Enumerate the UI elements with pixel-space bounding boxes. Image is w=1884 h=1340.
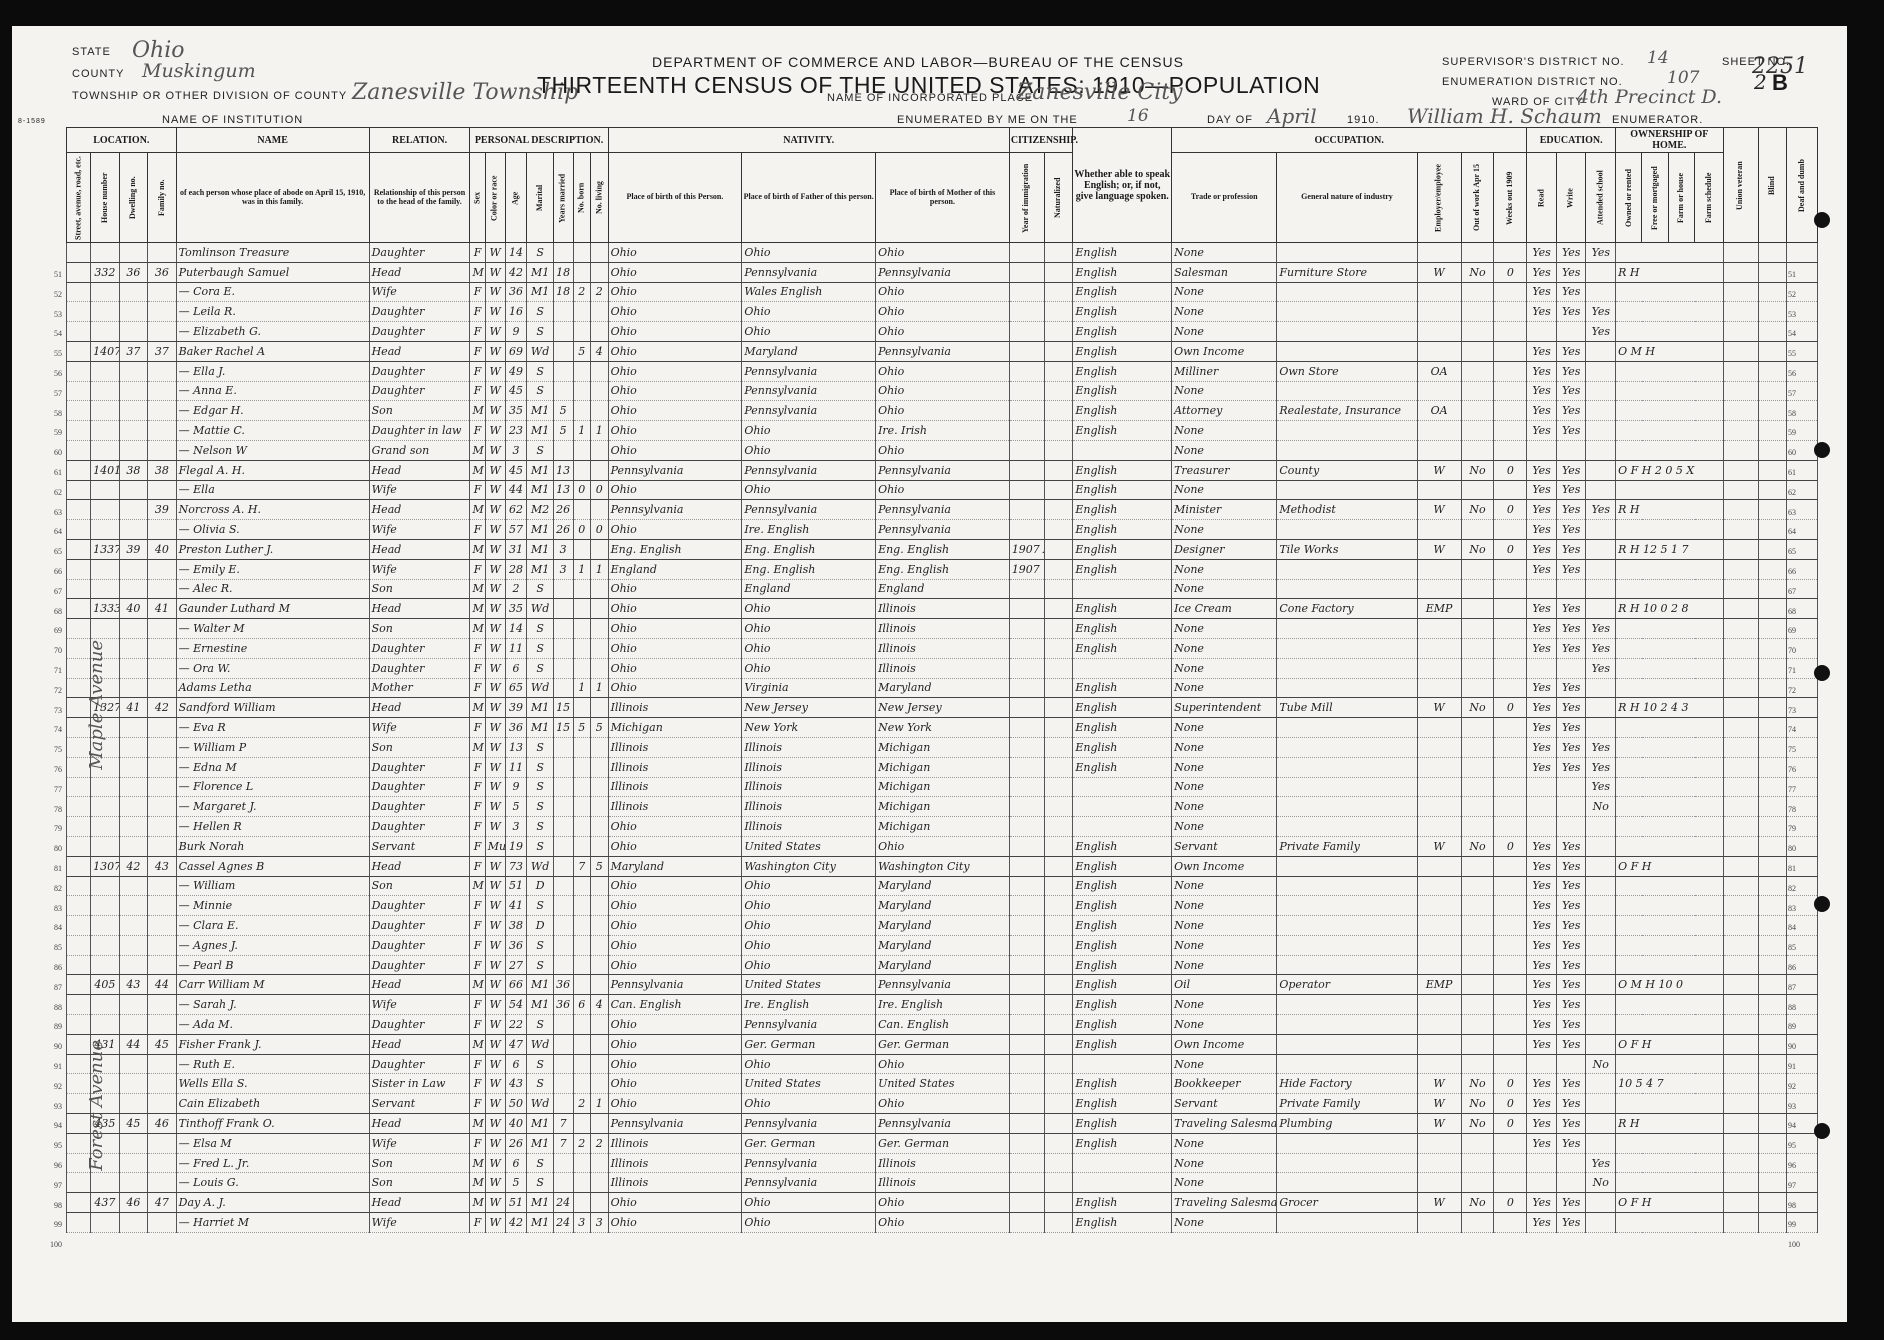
- cell-street: [67, 302, 91, 322]
- cell-out-of-work: No: [1461, 460, 1494, 480]
- cell-attended-school: No: [1586, 1054, 1616, 1074]
- cell-trade: Superintendent: [1172, 698, 1277, 718]
- col-sex: Sex: [470, 153, 485, 243]
- cell-employer-status: W: [1417, 460, 1461, 480]
- cell-blind: [1723, 619, 1758, 639]
- line-number: 88: [42, 1003, 62, 1012]
- cell-father-birthplace: Pennsylvania: [742, 1114, 876, 1134]
- cell-mother-birthplace: United States: [876, 1074, 1010, 1094]
- cell-marital-status: S: [527, 737, 553, 757]
- cell-years-married: 36: [553, 995, 573, 1015]
- cell-naturalized: [1044, 975, 1073, 995]
- cell-relation: Wife: [369, 1133, 470, 1153]
- cell-house-number: [91, 480, 120, 500]
- cell-mother-birthplace: Ohio: [876, 243, 1010, 263]
- cell-sex: F: [470, 282, 485, 302]
- cell-age: 19: [505, 836, 527, 856]
- cell-can-read: Yes: [1527, 876, 1557, 896]
- cell-employer-status: [1417, 440, 1461, 460]
- cell-children-born: [573, 243, 591, 263]
- cell-children-living: 1: [591, 421, 609, 441]
- cell-home-ownership: [1616, 797, 1723, 817]
- table-row: Wells Ella S.Sister in LawFW43SOhioUnite…: [67, 1074, 1818, 1094]
- cell-naturalized: [1044, 876, 1073, 896]
- cell-attended-school: Yes: [1586, 500, 1616, 520]
- line-number-right: 58: [1788, 409, 1808, 418]
- cell-can-read: Yes: [1527, 599, 1557, 619]
- cell-years-married: 24: [553, 1213, 573, 1233]
- cell-weeks-out: [1494, 757, 1527, 777]
- cell-sex: M: [470, 737, 485, 757]
- cell-relation: Head: [369, 599, 470, 619]
- cell-race: W: [485, 460, 505, 480]
- cell-naturalized: [1044, 1193, 1073, 1213]
- line-number: 67: [42, 587, 62, 596]
- cell-attended-school: [1586, 440, 1616, 460]
- cell-mother-birthplace: Michigan: [876, 817, 1010, 837]
- cell-employer-status: [1417, 658, 1461, 678]
- cell-naturalized: [1044, 896, 1073, 916]
- cell-industry: [1277, 480, 1417, 500]
- cell-immigration-year: [1009, 1015, 1044, 1035]
- cell-out-of-work: [1461, 916, 1494, 936]
- cell-dwelling-number: [119, 658, 148, 678]
- cell-can-write: [1556, 797, 1586, 817]
- cell-home-ownership: [1616, 737, 1723, 757]
- cell-weeks-out: [1494, 282, 1527, 302]
- cell-race: W: [485, 757, 505, 777]
- cell-can-write: Yes: [1556, 935, 1586, 955]
- cell-dwelling-number: [119, 559, 148, 579]
- cell-can-write: Yes: [1556, 401, 1586, 421]
- cell-street: [67, 1173, 91, 1193]
- cell-weeks-out: [1494, 777, 1527, 797]
- cell-years-married: 7: [553, 1133, 573, 1153]
- cell-years-married: [553, 1094, 573, 1114]
- cell-can-write: Yes: [1556, 955, 1586, 975]
- ownership-heading: OWNERSHIP OF HOME.: [1616, 128, 1723, 153]
- line-number-right: 60: [1788, 448, 1808, 457]
- cell-marital-status: S: [527, 836, 553, 856]
- cell-street: [67, 896, 91, 916]
- cell-immigration-year: [1009, 1213, 1044, 1233]
- cell-can-write: Yes: [1556, 480, 1586, 500]
- cell-mother-birthplace: Eng. English: [876, 539, 1010, 559]
- cell-out-of-work: No: [1461, 1094, 1494, 1114]
- cell-naturalized: [1044, 599, 1073, 619]
- cell-immigration-year: [1009, 520, 1044, 540]
- cell-person-name: — Clara E.: [176, 916, 369, 936]
- cell-children-living: [591, 777, 609, 797]
- cell-mother-birthplace: Ohio: [876, 401, 1010, 421]
- cell-can-write: Yes: [1556, 1015, 1586, 1035]
- cell-birthplace: Pennsylvania: [608, 460, 742, 480]
- cell-immigration-year: [1009, 341, 1044, 361]
- cell-children-born: [573, 1034, 591, 1054]
- cell-immigration-year: [1009, 935, 1044, 955]
- cell-deaf: [1758, 421, 1787, 441]
- cell-naturalized: [1044, 698, 1073, 718]
- cell-family-number: 38: [148, 460, 177, 480]
- cell-home-ownership: O M H 10 0: [1616, 975, 1723, 995]
- cell-language: [1073, 797, 1172, 817]
- cell-home-ownership: [1616, 401, 1723, 421]
- department-heading: DEPARTMENT OF COMMERCE AND LABOR—BUREAU …: [652, 54, 1184, 70]
- cell-employer-status: [1417, 896, 1461, 916]
- cell-blind: [1723, 1094, 1758, 1114]
- cell-children-living: [591, 381, 609, 401]
- col-out-of-work: Out of work Apr 15: [1461, 153, 1494, 243]
- cell-language: [1073, 658, 1172, 678]
- cell-dwelling-number: 44: [119, 1034, 148, 1054]
- cell-sex: M: [470, 1153, 485, 1173]
- line-number-right: 51: [1788, 270, 1808, 279]
- cell-home-ownership: [1616, 559, 1723, 579]
- cell-language: English: [1073, 1213, 1172, 1233]
- cell-trade: None: [1172, 381, 1277, 401]
- cell-blind: [1723, 777, 1758, 797]
- cell-trade: None: [1172, 896, 1277, 916]
- cell-person-name: Cassel Agnes B: [176, 856, 369, 876]
- cell-age: 39: [505, 698, 527, 718]
- table-row: Burk NorahServantFMu19SOhioUnited States…: [67, 836, 1818, 856]
- enumerated-label: Enumerated by me on the: [897, 114, 1078, 126]
- cell-immigration-year: [1009, 361, 1044, 381]
- col-relation-desc: Relationship of this person to the head …: [369, 153, 470, 243]
- cell-sex: F: [470, 341, 485, 361]
- cell-trade: Bookkeeper: [1172, 1074, 1277, 1094]
- cell-home-ownership: [1616, 935, 1723, 955]
- cell-children-living: [591, 619, 609, 639]
- line-number: 56: [42, 369, 62, 378]
- cell-trade: None: [1172, 1054, 1277, 1074]
- cell-immigration-year: [1009, 460, 1044, 480]
- table-row: 13274142Sandford WilliamHeadMW39M115Illi…: [67, 698, 1818, 718]
- day-of-label: day of: [1207, 114, 1253, 126]
- cell-industry: [1277, 302, 1417, 322]
- line-number-right: 57: [1788, 389, 1808, 398]
- cell-children-living: [591, 1153, 609, 1173]
- cell-blind: [1723, 460, 1758, 480]
- cell-marital-status: M1: [527, 460, 553, 480]
- cell-person-name: — Anna E.: [176, 381, 369, 401]
- cell-birthplace: Ohio: [608, 896, 742, 916]
- cell-can-read: Yes: [1527, 361, 1557, 381]
- cell-industry: [1277, 1015, 1417, 1035]
- county-value: Muskingum: [142, 60, 256, 82]
- cell-naturalized: [1044, 539, 1073, 559]
- cell-naturalized: [1044, 638, 1073, 658]
- col-naturalized: Naturalized: [1044, 153, 1073, 243]
- cell-immigration-year: [1009, 619, 1044, 639]
- relation-heading: RELATION.: [369, 128, 470, 153]
- cell-marital-status: M1: [527, 282, 553, 302]
- cell-children-born: 1: [573, 421, 591, 441]
- cell-naturalized: [1044, 797, 1073, 817]
- cell-weeks-out: 0: [1494, 1114, 1527, 1134]
- line-number: 96: [42, 1161, 62, 1170]
- cell-industry: [1277, 658, 1417, 678]
- cell-relation: Wife: [369, 995, 470, 1015]
- cell-age: 3: [505, 440, 527, 460]
- cell-deaf: [1758, 817, 1787, 837]
- cell-attended-school: [1586, 856, 1616, 876]
- cell-father-birthplace: Maryland: [742, 341, 876, 361]
- cell-can-write: Yes: [1556, 737, 1586, 757]
- cell-immigration-year: [1009, 777, 1044, 797]
- cell-mother-birthplace: Pennsylvania: [876, 500, 1010, 520]
- cell-relation: Head: [369, 856, 470, 876]
- table-row: — Florence LDaughterFW9SIllinoisIllinois…: [67, 777, 1818, 797]
- cell-home-ownership: [1616, 638, 1723, 658]
- line-number-right: 100: [1788, 1240, 1808, 1249]
- cell-mother-birthplace: Ire. Irish: [876, 421, 1010, 441]
- cell-blind: [1723, 1153, 1758, 1173]
- cell-marital-status: M1: [527, 1133, 553, 1153]
- cell-age: 27: [505, 955, 527, 975]
- cell-immigration-year: [1009, 282, 1044, 302]
- cell-can-write: Yes: [1556, 876, 1586, 896]
- cell-children-living: [591, 1193, 609, 1213]
- cell-can-write: Yes: [1556, 678, 1586, 698]
- cell-street: [67, 876, 91, 896]
- table-row: 4054344Carr William MHeadMW66M136Pennsyl…: [67, 975, 1818, 995]
- cell-person-name: Flegal A. H.: [176, 460, 369, 480]
- cell-industry: [1277, 1034, 1417, 1054]
- cell-immigration-year: [1009, 381, 1044, 401]
- cell-trade: None: [1172, 1173, 1277, 1193]
- cell-trade: None: [1172, 737, 1277, 757]
- cell-dwelling-number: [119, 817, 148, 837]
- cell-language: [1073, 440, 1172, 460]
- cell-mother-birthplace: Pennsylvania: [876, 975, 1010, 995]
- table-row: 14073737Baker Rachel AHeadFW69Wd54OhioMa…: [67, 341, 1818, 361]
- citizenship-heading: CITIZENSHIP.: [1009, 128, 1073, 153]
- cell-family-number: 46: [148, 1114, 177, 1134]
- cell-race: W: [485, 421, 505, 441]
- cell-industry: [1277, 282, 1417, 302]
- cell-industry: Private Family: [1277, 1094, 1417, 1114]
- cell-house-number: 1401: [91, 460, 120, 480]
- cell-age: 31: [505, 539, 527, 559]
- cell-can-read: Yes: [1527, 1213, 1557, 1233]
- cell-home-ownership: [1616, 1173, 1723, 1193]
- cell-years-married: [553, 1173, 573, 1193]
- cell-industry: [1277, 856, 1417, 876]
- cell-can-read: Yes: [1527, 619, 1557, 639]
- cell-naturalized: [1044, 579, 1073, 599]
- cell-race: W: [485, 797, 505, 817]
- cell-mother-birthplace: Ohio: [876, 282, 1010, 302]
- cell-weeks-out: 0: [1494, 539, 1527, 559]
- cell-street: [67, 856, 91, 876]
- cell-home-ownership: [1616, 1133, 1723, 1153]
- cell-deaf: [1758, 678, 1787, 698]
- cell-birthplace: England: [608, 559, 742, 579]
- cell-children-born: [573, 1015, 591, 1035]
- cell-relation: Daughter: [369, 1015, 470, 1035]
- cell-race: W: [485, 876, 505, 896]
- cell-children-born: [573, 916, 591, 936]
- line-number-right: 85: [1788, 943, 1808, 952]
- cell-dwelling-number: [119, 520, 148, 540]
- cell-mother-birthplace: Maryland: [876, 876, 1010, 896]
- enumeration-district: 107: [1667, 68, 1699, 88]
- cell-age: 41: [505, 896, 527, 916]
- col-industry: General nature of industry: [1277, 153, 1417, 243]
- col-age: Age: [505, 153, 527, 243]
- line-number-right: 53: [1788, 310, 1808, 319]
- cell-sex: F: [470, 896, 485, 916]
- cell-children-born: [573, 737, 591, 757]
- cell-naturalized: [1044, 1094, 1073, 1114]
- col-blind: Blind: [1758, 128, 1787, 243]
- cell-dwelling-number: [119, 1094, 148, 1114]
- line-number-right: 64: [1788, 527, 1808, 536]
- cell-children-born: [573, 322, 591, 342]
- cell-out-of-work: [1461, 480, 1494, 500]
- cell-weeks-out: [1494, 896, 1527, 916]
- cell-house-number: [91, 1015, 120, 1035]
- cell-children-living: [591, 460, 609, 480]
- cell-naturalized: [1044, 856, 1073, 876]
- cell-marital-status: M1: [527, 401, 553, 421]
- cell-house-number: 1307: [91, 856, 120, 876]
- cell-dwelling-number: 45: [119, 1114, 148, 1134]
- cell-marital-status: S: [527, 935, 553, 955]
- cell-deaf: [1758, 836, 1787, 856]
- cell-race: W: [485, 718, 505, 738]
- cell-children-born: [573, 955, 591, 975]
- cell-deaf: [1758, 460, 1787, 480]
- line-number: 97: [42, 1181, 62, 1190]
- cell-children-born: 5: [573, 341, 591, 361]
- col-read: Read: [1527, 153, 1557, 243]
- cell-person-name: — Eva R: [176, 718, 369, 738]
- cell-attended-school: Yes: [1586, 1153, 1616, 1173]
- cell-years-married: [553, 836, 573, 856]
- cell-employer-status: [1417, 955, 1461, 975]
- line-number: 85: [42, 943, 62, 952]
- cell-can-write: [1556, 322, 1586, 342]
- line-number-right: 82: [1788, 884, 1808, 893]
- cell-family-number: 40: [148, 539, 177, 559]
- cell-children-living: [591, 401, 609, 421]
- cell-relation: Daughter: [369, 381, 470, 401]
- cell-home-ownership: [1616, 381, 1723, 401]
- cell-blind: [1723, 480, 1758, 500]
- cell-age: 50: [505, 1094, 527, 1114]
- cell-age: 9: [505, 322, 527, 342]
- cell-children-living: [591, 836, 609, 856]
- cell-house-number: [91, 579, 120, 599]
- cell-street: [67, 777, 91, 797]
- line-number: 51: [42, 270, 62, 279]
- cell-blind: [1723, 737, 1758, 757]
- cell-employer-status: [1417, 1153, 1461, 1173]
- cell-age: 2: [505, 579, 527, 599]
- line-number-right: 90: [1788, 1042, 1808, 1051]
- cell-street: [67, 361, 91, 381]
- cell-deaf: [1758, 361, 1787, 381]
- line-number-right: 63: [1788, 508, 1808, 517]
- cell-family-number: 47: [148, 1193, 177, 1213]
- line-number-right: 75: [1788, 745, 1808, 754]
- cell-can-write: Yes: [1556, 539, 1586, 559]
- line-number: 76: [42, 765, 62, 774]
- cell-children-born: 2: [573, 282, 591, 302]
- cell-weeks-out: [1494, 638, 1527, 658]
- cell-marital-status: Wd: [527, 678, 553, 698]
- cell-street: [67, 955, 91, 975]
- cell-birthplace: Can. English: [608, 995, 742, 1015]
- cell-dwelling-number: [119, 638, 148, 658]
- cell-attended-school: [1586, 559, 1616, 579]
- incorporated-place-value: Zanesville City: [1017, 80, 1183, 105]
- table-row: — Walter MSonMW14SOhioOhioIllinoisEnglis…: [67, 619, 1818, 639]
- cell-age: 13: [505, 737, 527, 757]
- cell-weeks-out: [1494, 599, 1527, 619]
- cell-can-write: [1556, 440, 1586, 460]
- cell-street: [67, 381, 91, 401]
- cell-birthplace: Illinois: [608, 1173, 742, 1193]
- cell-can-read: Yes: [1527, 302, 1557, 322]
- line-number: 87: [42, 983, 62, 992]
- cell-can-write: [1556, 1054, 1586, 1074]
- cell-deaf: [1758, 1133, 1787, 1153]
- col-owned: Owned or rented: [1616, 153, 1642, 243]
- punch-hole: [1814, 665, 1830, 681]
- cell-out-of-work: [1461, 1153, 1494, 1173]
- cell-family-number: [148, 737, 177, 757]
- cell-house-number: [91, 619, 120, 639]
- cell-language: [1073, 1153, 1172, 1173]
- cell-relation: Wife: [369, 718, 470, 738]
- line-number: 63: [42, 508, 62, 517]
- cell-out-of-work: [1461, 341, 1494, 361]
- cell-out-of-work: [1461, 935, 1494, 955]
- cell-naturalized: [1044, 421, 1073, 441]
- cell-dwelling-number: [119, 1133, 148, 1153]
- cell-father-birthplace: Wales English: [742, 282, 876, 302]
- cell-weeks-out: [1494, 975, 1527, 995]
- cell-children-living: [591, 955, 609, 975]
- cell-race: W: [485, 1173, 505, 1193]
- cell-language: English: [1073, 975, 1172, 995]
- cell-years-married: [553, 1054, 573, 1074]
- cell-children-living: [591, 599, 609, 619]
- cell-industry: Own Store: [1277, 361, 1417, 381]
- cell-immigration-year: [1009, 322, 1044, 342]
- cell-person-name: — Walter M: [176, 619, 369, 639]
- cell-race: W: [485, 935, 505, 955]
- cell-years-married: 7: [553, 1114, 573, 1134]
- table-row: — William PSonMW13SIllinoisIllinoisMichi…: [67, 737, 1818, 757]
- cell-children-born: [573, 1173, 591, 1193]
- table-row: Adams LethaMotherFW65Wd11OhioVirginiaMar…: [67, 678, 1818, 698]
- cell-house-number: [91, 401, 120, 421]
- cell-birthplace: Ohio: [608, 480, 742, 500]
- cell-race: W: [485, 896, 505, 916]
- cell-trade: None: [1172, 955, 1277, 975]
- line-number: 70: [42, 646, 62, 655]
- cell-years-married: [553, 341, 573, 361]
- table-row: — Fred L. Jr.SonMW6SIllinoisPennsylvania…: [67, 1153, 1818, 1173]
- cell-sex: F: [470, 856, 485, 876]
- cell-mother-birthplace: Maryland: [876, 935, 1010, 955]
- cell-marital-status: Wd: [527, 1034, 553, 1054]
- cell-industry: Grocer: [1277, 1193, 1417, 1213]
